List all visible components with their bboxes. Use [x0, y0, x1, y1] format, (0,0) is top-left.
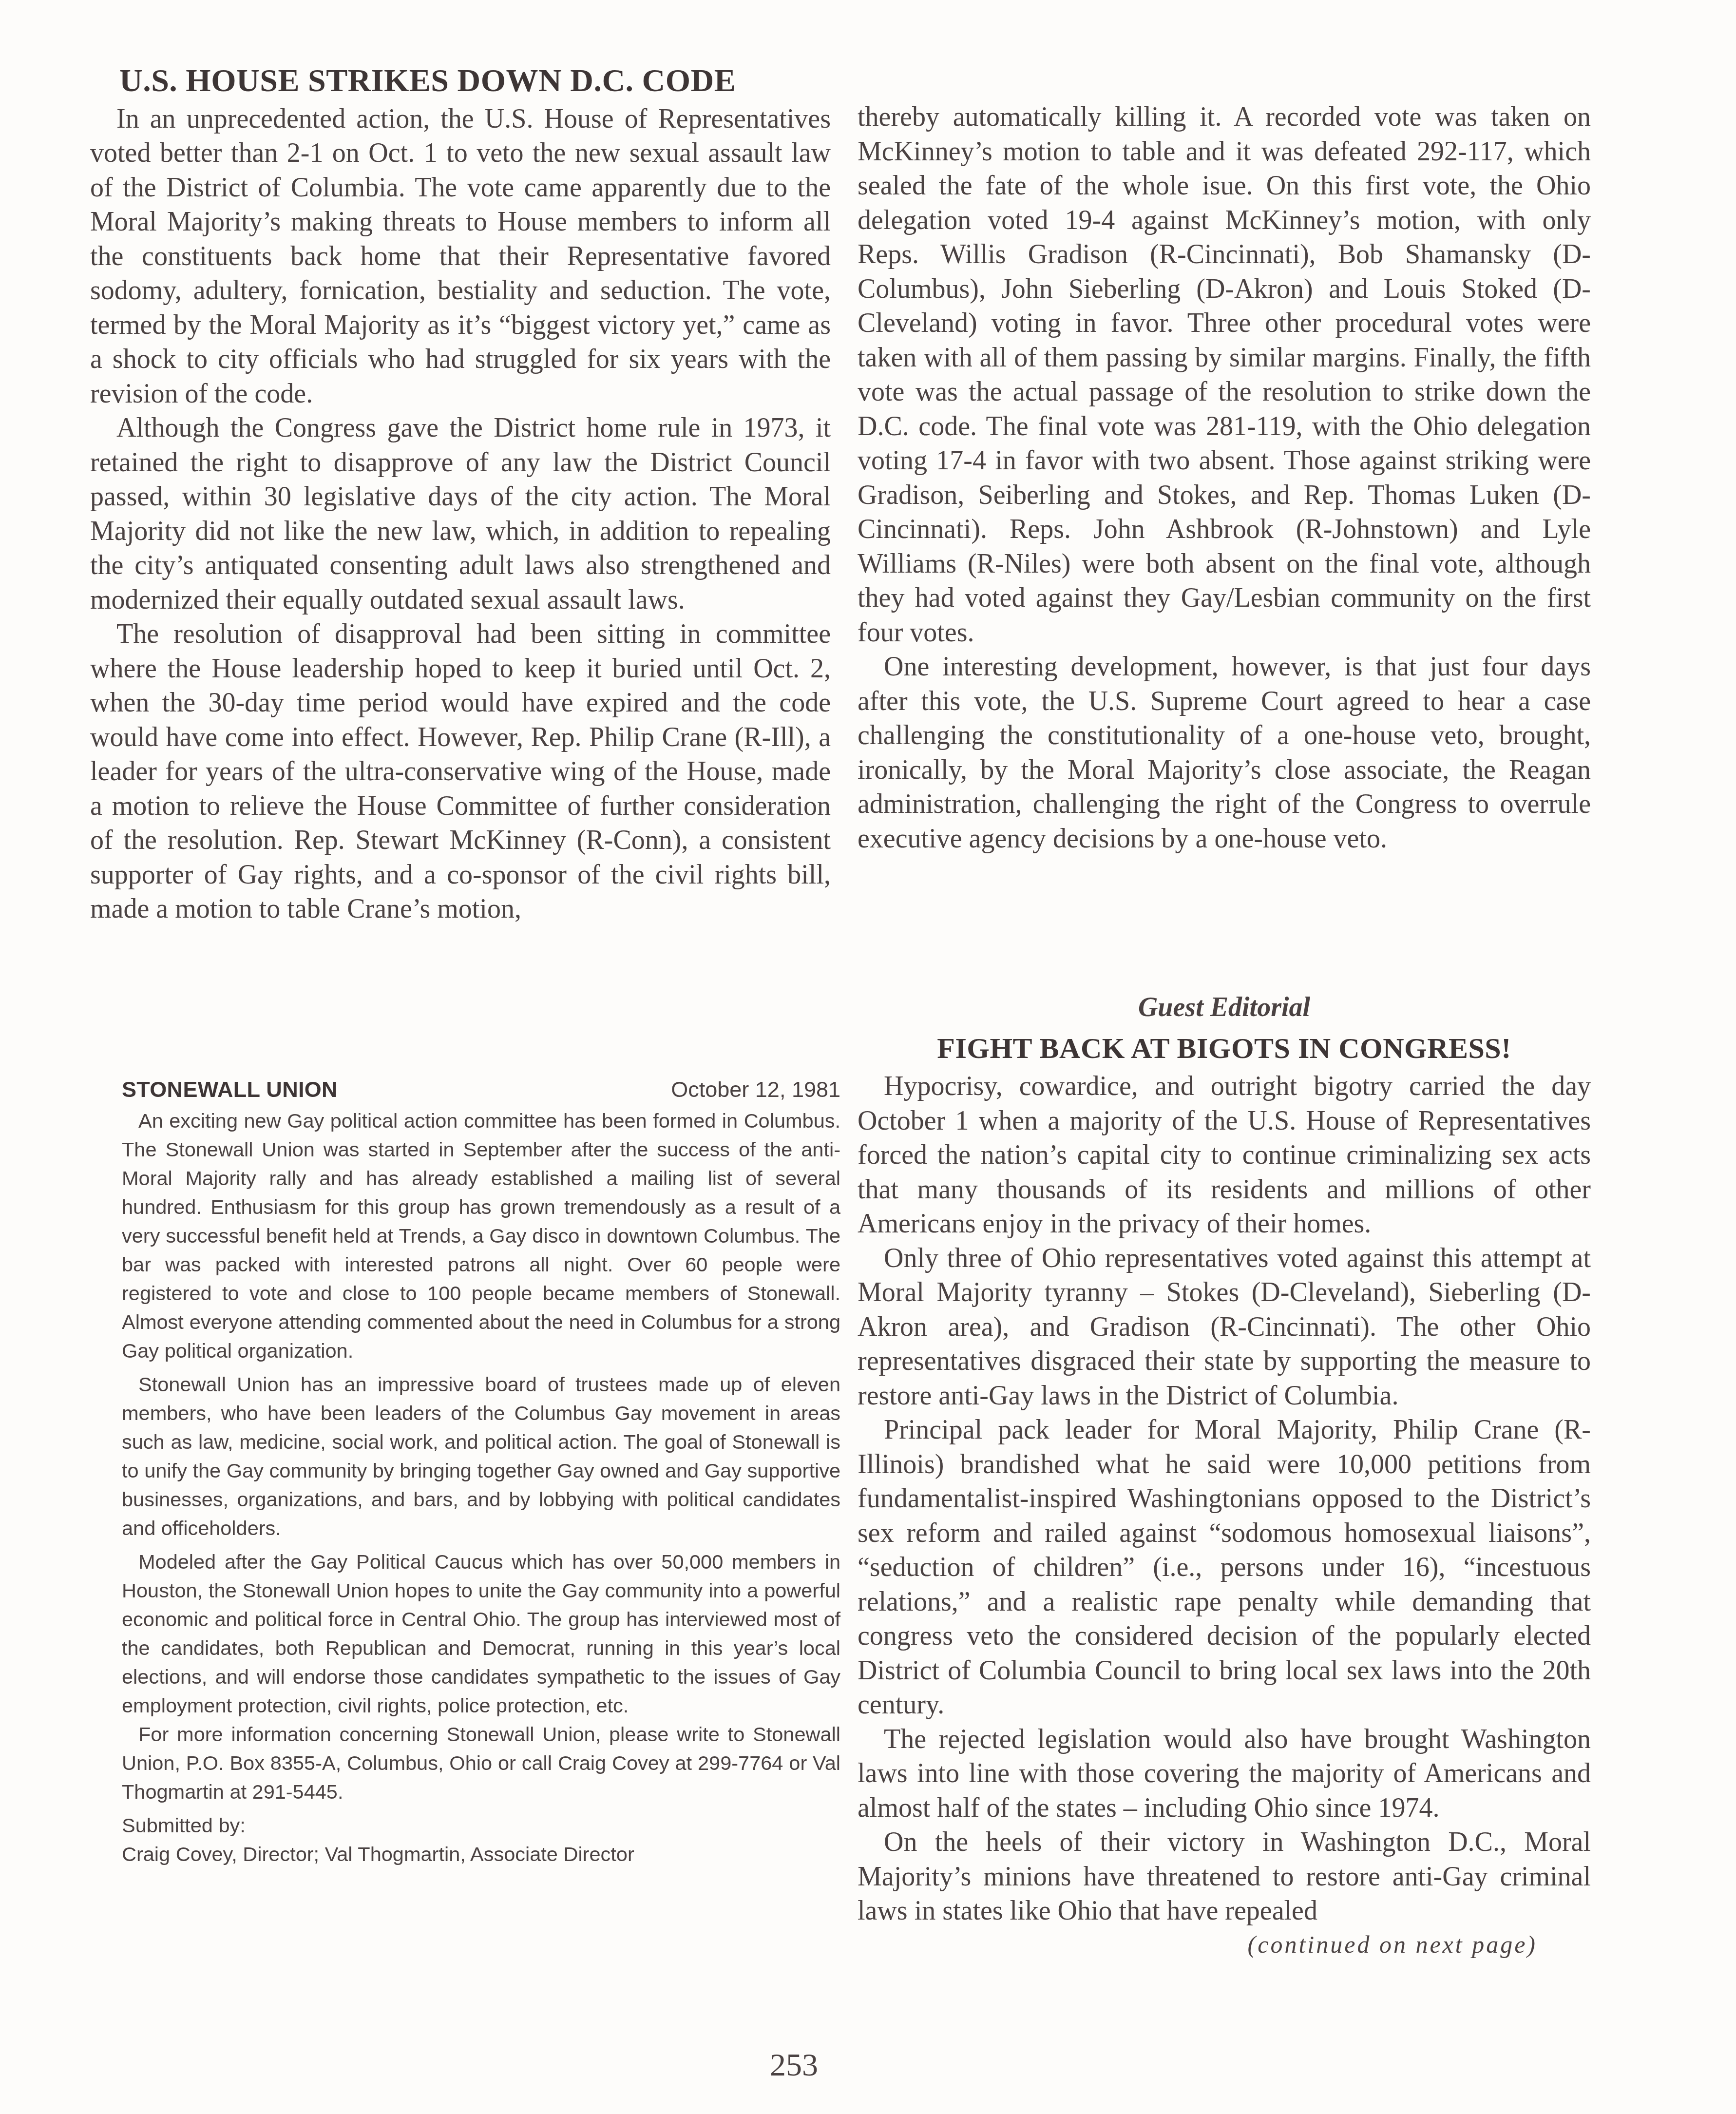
article-paragraph: One interesting development, however, is…: [858, 650, 1591, 856]
stonewall-union-notice: STONEWALL UNION October 12, 1981 An exci…: [122, 1077, 840, 1868]
editorial-paragraph: Only three of Ohio representatives voted…: [858, 1241, 1591, 1413]
stonewall-paragraph: An exciting new Gay political action com…: [122, 1106, 840, 1365]
article-headline: U.S. HOUSE STRIKES DOWN D.C. CODE: [119, 63, 831, 99]
editorial-paragraph: Principal pack leader for Moral Majority…: [858, 1413, 1591, 1722]
stonewall-date: October 12, 1981: [671, 1077, 840, 1102]
stonewall-paragraph: Modeled after the Gay Political Caucus w…: [122, 1547, 840, 1720]
stonewall-paragraph: For more information concerning Stonewal…: [122, 1720, 840, 1806]
editorial-headline: FIGHT BACK AT BIGOTS IN CONGRESS!: [858, 1032, 1591, 1065]
stonewall-title: STONEWALL UNION: [122, 1077, 338, 1102]
page-number: 253: [770, 2047, 818, 2084]
article-paragraph: thereby automatically killing it. A reco…: [858, 100, 1591, 650]
article-paragraph: The resolution of disapproval had been s…: [90, 617, 831, 926]
editorial-paragraph: Hypocrisy, cowardice, and outright bigot…: [858, 1069, 1591, 1241]
continued-note: (continued on next page): [858, 1930, 1537, 1959]
stonewall-paragraph: Stonewall Union has an impressive board …: [122, 1370, 840, 1542]
article-dc-code: U.S. HOUSE STRIKES DOWN D.C. CODE In an …: [90, 63, 831, 926]
editorial-paragraph: The rejected legislation would also have…: [858, 1722, 1591, 1826]
stonewall-header: STONEWALL UNION October 12, 1981: [122, 1077, 840, 1102]
editorial-kicker: Guest Editorial: [858, 992, 1591, 1023]
article-paragraph: In an unprecedented action, the U.S. Hou…: [90, 102, 831, 411]
guest-editorial: Guest Editorial FIGHT BACK AT BIGOTS IN …: [858, 992, 1591, 1959]
submitted-by-label: Submitted by:: [122, 1811, 840, 1840]
submitted-by-names: Craig Covey, Director; Val Thogmartin, A…: [122, 1840, 840, 1868]
article-dc-code-continuation: thereby automatically killing it. A reco…: [858, 100, 1591, 856]
editorial-paragraph: On the heels of their victory in Washing…: [858, 1825, 1591, 1928]
article-paragraph: Although the Congress gave the District …: [90, 411, 831, 617]
